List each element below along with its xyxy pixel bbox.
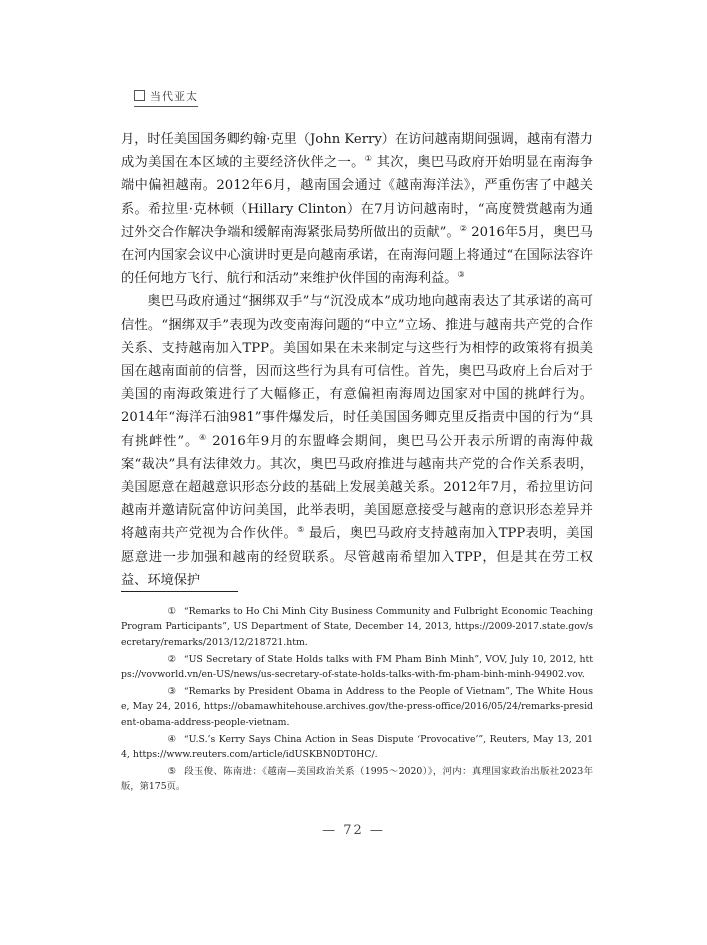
footnote-number: ② <box>144 652 176 667</box>
body-text: 月，时任美国国务卿约翰·克里（John Kerry）在访问越南期间强调，越南有潜… <box>121 128 593 592</box>
footnote-ref-5[interactable]: ⑤ <box>297 525 305 534</box>
paragraph-1: 月，时任美国国务卿约翰·克里（John Kerry）在访问越南期间强调，越南有潜… <box>121 128 593 290</box>
footnote-text: 段玉俊、陈南进：《越南—美国政治关系（1995～2020）》，河内：真理国家政治… <box>121 766 593 792</box>
footnote-ref-4[interactable]: ④ <box>199 433 207 442</box>
footnote-text: “U.S.’s Kerry Says China Action in Seas … <box>121 734 593 760</box>
footnote-number: ③ <box>144 684 176 699</box>
running-header: 当代亚太 <box>134 88 198 107</box>
footnote-number: ① <box>144 604 176 619</box>
footnote-number: ④ <box>144 732 176 747</box>
footnote-ref-3[interactable]: ③ <box>457 270 464 279</box>
square-icon <box>134 90 145 101</box>
footnote-2: ②“US Secretary of State Holds talks with… <box>121 652 593 683</box>
footnote-text: “US Secretary of State Holds talks with … <box>121 654 593 680</box>
footnote-divider <box>121 591 238 592</box>
footnotes: ①“Remarks to Ho Chi Minh City Business C… <box>121 604 593 796</box>
text-run: 奥巴马政府通过“捆绑双手”与“沉没成本”成功地向越南表达了其承诺的高可信性。“捆… <box>121 294 593 448</box>
footnote-4: ④“U.S.’s Kerry Says China Action in Seas… <box>121 732 593 763</box>
footnote-number: ⑤ <box>144 764 176 779</box>
footnote-text: “Remarks by President Obama in Address t… <box>121 686 593 728</box>
footnote-5: ⑤段玉俊、陈南进：《越南—美国政治关系（1995～2020）》，河内：真理国家政… <box>121 764 593 795</box>
footnote-3: ③“Remarks by President Obama in Address … <box>121 684 593 730</box>
footnote-ref-2[interactable]: ② <box>460 224 467 233</box>
footnote-1: ①“Remarks to Ho Chi Minh City Business C… <box>121 604 593 650</box>
journal-title: 当代亚太 <box>150 90 198 103</box>
footnote-text: “Remarks to Ho Chi Minh City Business Co… <box>121 606 593 648</box>
paragraph-2: 奥巴马政府通过“捆绑双手”与“沉没成本”成功地向越南表达了其承诺的高可信性。“捆… <box>121 290 593 592</box>
page-number: — 72 — <box>0 823 707 838</box>
